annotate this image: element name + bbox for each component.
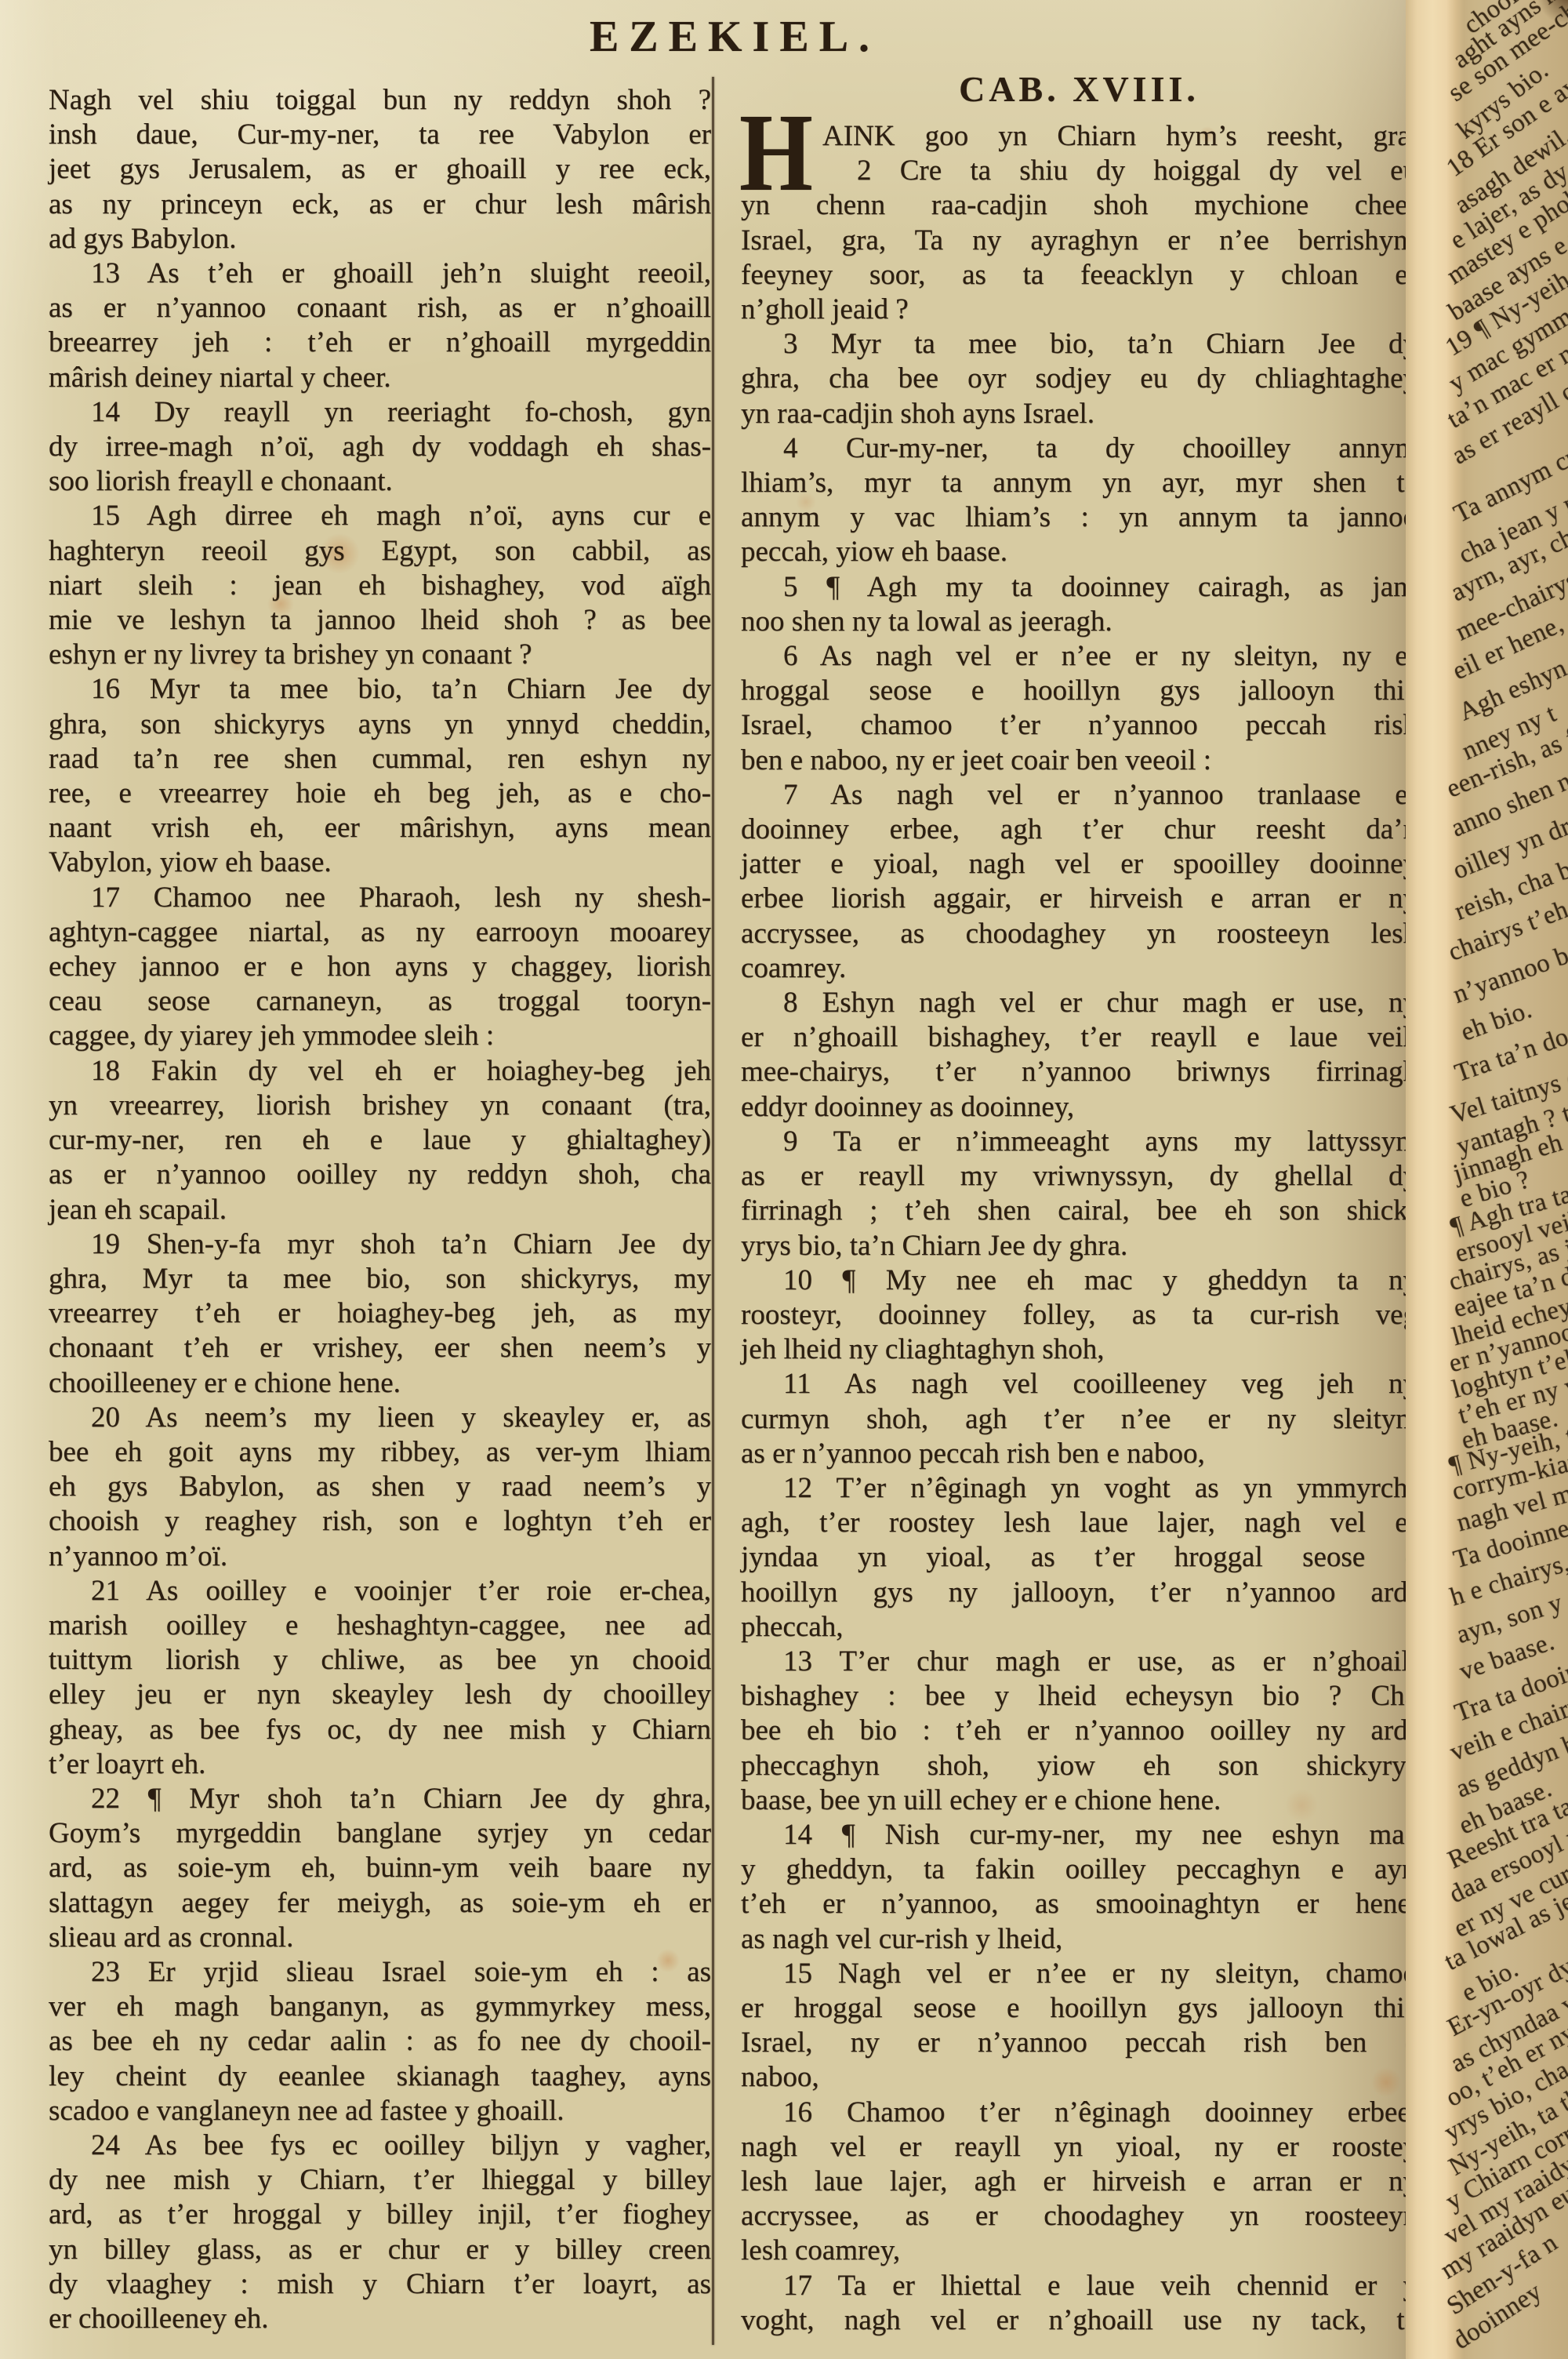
text-line: mee-chairys, t’er n’yannoo briwnys firri… bbox=[741, 1055, 1417, 1089]
chapter-opening: H AINK goo yn Chiarn hym’s reesht, gra, … bbox=[741, 119, 1417, 327]
text-line: 13 As t’eh er ghoaill jeh’n sluight reeo… bbox=[49, 256, 711, 291]
text-line: dooinney erbee, agh t’er chur reesht da’… bbox=[741, 812, 1417, 847]
text-line: dy vlaaghey : mish y Chiarn t’er loayrt,… bbox=[49, 2267, 711, 2302]
text-line: 17 Ta er lhiettal e laue veih chennid er… bbox=[741, 2269, 1417, 2303]
text-line: gheay, as bee fys oc, dy nee mish y Chia… bbox=[49, 1713, 711, 1747]
text-line: t’eh er n’yannoo, as smooinaghtyn er hen… bbox=[741, 1887, 1417, 1921]
text-line: ree, e vreearrey hoie eh beg jeh, as e c… bbox=[49, 776, 711, 811]
text-line: chooish y reaghey rish, son e loghtyn t’… bbox=[49, 1504, 711, 1539]
text-line: as ny princeyn eck, as er chur lesh mâri… bbox=[49, 187, 711, 222]
text-line: 8 Eshyn nagh vel er chur magh er use, ny bbox=[741, 986, 1417, 1020]
text-line: t’er loayrt eh. bbox=[49, 1747, 711, 1782]
text-line: 15 Agh dirree eh magh n’oï, ayns cur e bbox=[49, 499, 711, 533]
text-line: as er n’yannoo conaant rish, as er n’gho… bbox=[49, 291, 711, 325]
column-divider-rule bbox=[712, 77, 714, 2345]
text-line: roosteyr, dooinney folley, as ta cur-ris… bbox=[741, 1298, 1417, 1332]
text-line: yn vreearrey, liorish brishey yn conaant… bbox=[49, 1089, 711, 1123]
text-line: Goym’s myrgeddin banglane syrjey yn ceda… bbox=[49, 1816, 711, 1851]
text-line: yn billey glass, as er chur er y billey … bbox=[49, 2233, 711, 2267]
text-line: as nagh vel cur-rish y lheid, bbox=[741, 1922, 1417, 1957]
text-line: 6 As nagh vel er n’ee er ny sleityn, ny … bbox=[741, 639, 1417, 674]
text-line: 5 ¶ Agh my ta dooinney cairagh, as jan- bbox=[741, 570, 1417, 605]
text-line: ad gys Babylon. bbox=[49, 222, 711, 256]
text-line: as er reayll my vriwnyssyn, dy ghellal d… bbox=[741, 1159, 1417, 1194]
text-line: 18 Fakin dy vel eh er hoiaghey-beg jeh bbox=[49, 1054, 711, 1089]
text-line: ceau seose carnaneyn, as troggal tooryn- bbox=[49, 984, 711, 1019]
text-line: ver eh magh banganyn, as gymmyrkey mess, bbox=[49, 1990, 711, 2024]
text-line: jeet gys Jerusalem, as er ghoaill y ree … bbox=[49, 152, 711, 187]
text-line: 9 Ta er n’immeeaght ayns my lattyssyn, bbox=[741, 1125, 1417, 1159]
text-line: 11 As nagh vel cooilleeney veg jeh ny bbox=[741, 1367, 1417, 1401]
text-line: jean eh scapail. bbox=[49, 1193, 711, 1227]
text-line: ley cheint dy eeanlee skianagh taaghey, … bbox=[49, 2059, 711, 2094]
text-line: pheccah, bbox=[741, 1610, 1417, 1645]
text-line: y gheddyn, ta fakin ooilley peccaghyn e … bbox=[741, 1852, 1417, 1887]
text-line: annym y vac lhiam’s : yn annym ta jannoo bbox=[741, 500, 1417, 535]
text-line: echey jannoo er e hon ayns y chaggey, li… bbox=[49, 950, 711, 984]
text-line: 20 As neem’s my lieen y skeayley er, as bbox=[49, 1401, 711, 1435]
text-line: slieau ard as cronnal. bbox=[49, 1921, 711, 1955]
text-line: er n’ghoaill bishaghey, t’er reayll e la… bbox=[741, 1020, 1417, 1055]
text-line: erbee liorish aggair, er hirveish e arra… bbox=[741, 881, 1417, 916]
text-line: jeh lheid ny cliaghtaghyn shoh, bbox=[741, 1332, 1417, 1367]
text-line: 13 T’er chur magh er use, as er n’ghoail… bbox=[741, 1645, 1417, 1679]
text-line: jatter e yioal, nagh vel er spooilley do… bbox=[741, 847, 1417, 881]
text-line: feeyney soor, as ta feeacklyn y chloan e… bbox=[741, 258, 1417, 293]
text-line: elley jeu er nyn skeayley lesh dy chooil… bbox=[49, 1677, 711, 1712]
text-line: Vabylon, yiow eh baase. bbox=[49, 845, 711, 880]
text-line: eh gys Babylon, as shen y raad neem’s y bbox=[49, 1470, 711, 1504]
text-line: er chooilleeney eh. bbox=[49, 2302, 711, 2336]
text-line: soo liorish freayll e chonaant. bbox=[49, 464, 711, 499]
text-line: AINK goo yn Chiarn hym’s reesht, gra, bbox=[822, 119, 1417, 154]
text-line: 16 Chamoo t’er n’êginagh dooinney erbee, bbox=[741, 2095, 1417, 2130]
text-line: ard, as t’er hroggal y billey injil, t’e… bbox=[49, 2197, 711, 2232]
text-line: naant vrish eh, eer mârishyn, ayns mean bbox=[49, 811, 711, 845]
text-line: peccah, yiow eh baase. bbox=[741, 535, 1417, 569]
text-line: lhiam’s, myr ta annym yn ayr, myr shen t… bbox=[741, 466, 1417, 500]
text-line: yn raa-cadjin shoh ayns Israel. bbox=[741, 397, 1417, 431]
text-line: 19 Shen-y-fa myr shoh ta’n Chiarn Jee dy bbox=[49, 1227, 711, 1262]
scanned-bible-page: EZEKIEL. Nagh vel shiu toiggal bun ny re… bbox=[0, 0, 1568, 2359]
text-line: 23 Er yrjid slieau Israel soie-ym eh : a… bbox=[49, 1955, 711, 1990]
text-line: dy irree-magh n’oï, agh dy voddagh eh sh… bbox=[49, 430, 711, 464]
left-text-column: Nagh vel shiu toiggal bun ny reddyn shoh… bbox=[49, 83, 711, 2336]
text-line: nagh vel er reayll yn yioal, ny er roost… bbox=[741, 2130, 1417, 2165]
text-line: raad ta’n ree shen cummal, ren eshyn ny bbox=[49, 742, 711, 776]
text-line: coamrey. bbox=[741, 951, 1417, 986]
text-line: niart sleih : jean eh bishaghey, vod aïg… bbox=[49, 569, 711, 603]
text-line: 16 Myr ta mee bio, ta’n Chiarn Jee dy bbox=[49, 672, 711, 707]
text-line: eddyr dooinney as dooinney, bbox=[741, 1090, 1417, 1125]
text-line: bishaghey : bee y lheid echeysyn bio ? C… bbox=[741, 1679, 1417, 1714]
text-line: marish ooilley e heshaghtyn-caggee, nee … bbox=[49, 1608, 711, 1643]
text-line: breearrey jeh : t’eh er n’ghoaill myrged… bbox=[49, 325, 711, 360]
text-line: Nagh vel shiu toiggal bun ny reddyn shoh… bbox=[49, 83, 711, 118]
text-line: naboo, bbox=[741, 2060, 1417, 2095]
text-line: yrys bio, ta’n Chiarn Jee dy ghra. bbox=[741, 1229, 1417, 1263]
text-line: 2 Cre ta shiu dy hoiggal dy vel eu bbox=[822, 154, 1417, 188]
text-line: n’gholl jeaid ? bbox=[741, 293, 1417, 327]
text-line: hooillyn gys ny jallooyn, t’er n’yannoo … bbox=[741, 1576, 1417, 1610]
right-column-verses: 3 Myr ta mee bio, ta’n Chiarn Jee dyghra… bbox=[741, 327, 1417, 2338]
text-line: 21 As ooilley e vooinjer t’er roie er-ch… bbox=[49, 1574, 711, 1608]
text-line: Israel, gra, Ta ny ayraghyn er n’ee berr… bbox=[741, 224, 1417, 258]
running-head: EZEKIEL. bbox=[590, 13, 880, 61]
text-line: 10 ¶ My nee eh mac y gheddyn ta ny bbox=[741, 1263, 1417, 1298]
right-text-column: CAB. XVIII. H AINK goo yn Chiarn hym’s r… bbox=[741, 67, 1417, 2338]
drop-cap-letter: H bbox=[739, 115, 813, 189]
text-line: scadoo e vanglaneyn nee ad fastee y ghoa… bbox=[49, 2094, 711, 2128]
text-line: lesh coamrey, bbox=[741, 2234, 1417, 2268]
text-line: Israel, ny er n’yannoo peccah rish ben e bbox=[741, 2026, 1417, 2060]
text-line: haghteryn reeoil gys Egypt, son cabbil, … bbox=[49, 534, 711, 569]
text-line: er hroggal seose e hooillyn gys jallooyn… bbox=[741, 1991, 1417, 2026]
curled-next-page-edge: chooilleeney myaght ayns my latyse son m… bbox=[1406, 0, 1568, 2359]
text-line: ghra, Myr ta mee bio, son shickyrys, my bbox=[49, 1262, 711, 1296]
text-line: bee eh bio : t’eh er n’yannoo ooilley ny… bbox=[741, 1714, 1417, 1748]
chapter-heading: CAB. XVIII. bbox=[741, 67, 1417, 111]
text-line: bee eh goit ayns my ribbey, as ver-ym lh… bbox=[49, 1435, 711, 1470]
text-line: ben e naboo, ny er jeet coair ben veeoil… bbox=[741, 743, 1417, 778]
text-line: yn chenn raa-cadjin shoh mychione cheer bbox=[741, 188, 1417, 223]
text-line: curmyn shoh, agh t’er n’ee er ny sleityn… bbox=[741, 1402, 1417, 1437]
text-line: pheccaghyn shoh, yiow eh son shickyrys bbox=[741, 1749, 1417, 1783]
text-line: hroggal seose e hooillyn gys jallooyn th… bbox=[741, 674, 1417, 708]
text-line: agh, t’er roostey lesh laue lajer, nagh … bbox=[741, 1506, 1417, 1540]
text-line: 24 As bee fys ec ooilley biljyn y vagher… bbox=[49, 2128, 711, 2163]
text-line: baase, bee yn uill echey er e chione hen… bbox=[741, 1783, 1417, 1818]
text-line: ghra, cha bee oyr sodjey eu dy chliaghta… bbox=[741, 362, 1417, 396]
text-line: noo shen ny ta lowal as jeeragh. bbox=[741, 605, 1417, 639]
text-line: voght, nagh vel er n’ghoaill use ny tack… bbox=[741, 2303, 1417, 2338]
text-line: as bee eh ny cedar aalin : as fo nee dy … bbox=[49, 2024, 711, 2059]
text-line: lesh laue lajer, agh er hirveish e arran… bbox=[741, 2165, 1417, 2199]
text-line: chooilleeney er e chione hene. bbox=[49, 1366, 711, 1401]
text-line: mie ve leshyn ta jannoo lheid shoh ? as … bbox=[49, 603, 711, 638]
text-line: accryssee, as choodaghey yn roosteeyn le… bbox=[741, 917, 1417, 951]
text-line: 14 Dy reayll yn reeriaght fo-chosh, gyn bbox=[49, 395, 711, 430]
text-line: 17 Chamoo nee Pharaoh, lesh ny shesh- bbox=[49, 881, 711, 915]
text-line: aghtyn-caggee niartal, as ny earrooyn mo… bbox=[49, 915, 711, 950]
text-line: tuittym liorish y chliwe, as bee yn choo… bbox=[49, 1643, 711, 1677]
text-line: firrinagh ; t’eh shen cairal, bee eh son… bbox=[741, 1194, 1417, 1228]
text-line: insh daue, Cur-my-ner, ta ree Vabylon er bbox=[49, 118, 711, 152]
text-line: slattagyn aegey fer meiygh, as soie-ym e… bbox=[49, 1886, 711, 1921]
text-line: eshyn er ny livrey ta brishey yn conaant… bbox=[49, 638, 711, 672]
text-line: n’yannoo m’oï. bbox=[49, 1539, 711, 1574]
text-line: 3 Myr ta mee bio, ta’n Chiarn Jee dy bbox=[741, 327, 1417, 362]
text-line: 12 T’er n’êginagh yn voght as yn ymmyrch… bbox=[741, 1471, 1417, 1506]
text-line: as er n’yannoo peccah rish ben e naboo, bbox=[741, 1437, 1417, 1471]
text-line: cur-my-ner, ren eh e laue y ghialtaghey) bbox=[49, 1123, 711, 1158]
text-line: 14 ¶ Nish cur-my-ner, my nee eshyn mac bbox=[741, 1818, 1417, 1852]
text-line: caggee, dy yiarey jeh ymmodee sleih : bbox=[49, 1019, 711, 1053]
text-line: Israel, chamoo t’er n’yannoo peccah rish bbox=[741, 708, 1417, 743]
text-line: 7 As nagh vel er n’yannoo tranlaase er bbox=[741, 778, 1417, 812]
text-line: 15 Nagh vel er n’ee er ny sleityn, chamo… bbox=[741, 1957, 1417, 1991]
text-line: 22 ¶ Myr shoh ta’n Chiarn Jee dy ghra, bbox=[49, 1782, 711, 1816]
text-line: ard, as soie-ym eh, buinn-ym veih baare … bbox=[49, 1851, 711, 1885]
text-line: ghra, son shickyrys ayns yn ynnyd cheddi… bbox=[49, 707, 711, 742]
text-line: jyndaa yn yioal, as t’er hroggal seose e bbox=[741, 1540, 1417, 1575]
text-line: 4 Cur-my-ner, ta dy chooilley annym bbox=[741, 431, 1417, 466]
text-line: mârish deiney niartal y cheer. bbox=[49, 361, 711, 395]
text-line: vreearrey t’eh er hoiaghey-beg jeh, as m… bbox=[49, 1296, 711, 1331]
text-line: chonaant t’eh er vrishey, eer shen neem’… bbox=[49, 1331, 711, 1365]
text-line: dy nee mish y Chiarn, t’er lhieggal y bi… bbox=[49, 2163, 711, 2197]
text-line: accryssee, as er choodaghey yn roosteeyn bbox=[741, 2199, 1417, 2234]
text-line: as er n’yannoo ooilley ny reddyn shoh, c… bbox=[49, 1158, 711, 1192]
